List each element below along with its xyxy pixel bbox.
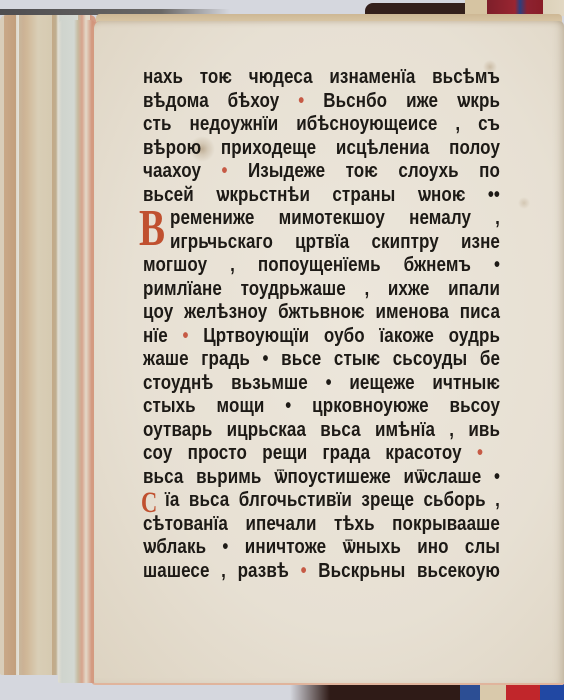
line-text: могшоу , попоущенїемь бжнемъ •	[143, 253, 500, 275]
line-text: Изыдеже тоѥ слоухь по	[248, 159, 500, 181]
line-text: стоуднѣ вьзьмше • иещеже ичтныѥ	[143, 371, 500, 393]
line-text: Вьснбо иже ѡкрь	[323, 89, 500, 111]
line-text: оутварь ицрьскаа вьса имѣнїа , ивь	[143, 418, 500, 440]
red-punctuation-mark: •	[221, 159, 227, 181]
line-text: вѣрою приходеще исцѣлениа полоу	[143, 136, 500, 158]
line-text: ѡблакь • иничтоже ѿныхь ино слы	[143, 535, 500, 557]
line-text: сть недоужнїи ибѣсноующеисе , съ	[143, 112, 500, 134]
line-text: нїе	[143, 324, 168, 346]
red-punctuation-mark: •	[183, 324, 189, 346]
line-text: Цртвоующїи оубо їакоже оудрь	[203, 324, 500, 346]
line-text: сѣтованїа ипечали тѣхь покрывааше	[143, 512, 500, 534]
line-text: стыхь мощи • црковноуюже вьсоу	[143, 394, 500, 416]
line-text: игрьчьскаго цртвїа скиптру изне	[170, 230, 500, 252]
line-text: римлїане тоудрьжаше , ихже ипали	[143, 277, 500, 299]
line-text: вьса вьримь ѿпоустишеже иѿслаше •	[143, 465, 500, 487]
line-text: вѣдома бѣхоу	[143, 89, 279, 111]
line-text: жаше градь • вьсе стыѥ сьсоуды бе	[143, 347, 500, 369]
line-text: шашесе , развѣ	[143, 559, 289, 581]
line-text: цоу желѣзноу бжтьвноѥ именова писа	[143, 300, 500, 322]
stacked-page-edges-front	[58, 20, 96, 683]
text-line: шашесе , развѣ • Вьскрьны вьсекоую	[143, 556, 500, 584]
book-cover-and-fabric-bottom	[290, 684, 564, 700]
red-punctuation-mark: •	[298, 89, 304, 111]
page-text: нахь тоѥ чюдеса изнаменїа вьсѣмъ вѣдома …	[143, 66, 500, 583]
red-punctuation-mark: •	[301, 559, 307, 581]
red-punctuation-mark: •	[477, 441, 483, 463]
line-text: ремениже мимотекшоу немалу ,	[170, 206, 500, 228]
line-text: чаахоу	[143, 159, 201, 181]
line-text: їа вьса блгочьстивїи зреще сьборь ,	[165, 488, 500, 510]
line-text: вьсей ѡкрьстнѣи страны ѡноѥ ••	[143, 183, 500, 205]
line-text: соу просто рещи града красотоу	[143, 441, 462, 463]
line-text: нахь тоѥ чюдеса изнаменїа вьсѣмъ	[143, 65, 500, 87]
line-text: Вьскрьны вьсекоую	[318, 559, 500, 581]
